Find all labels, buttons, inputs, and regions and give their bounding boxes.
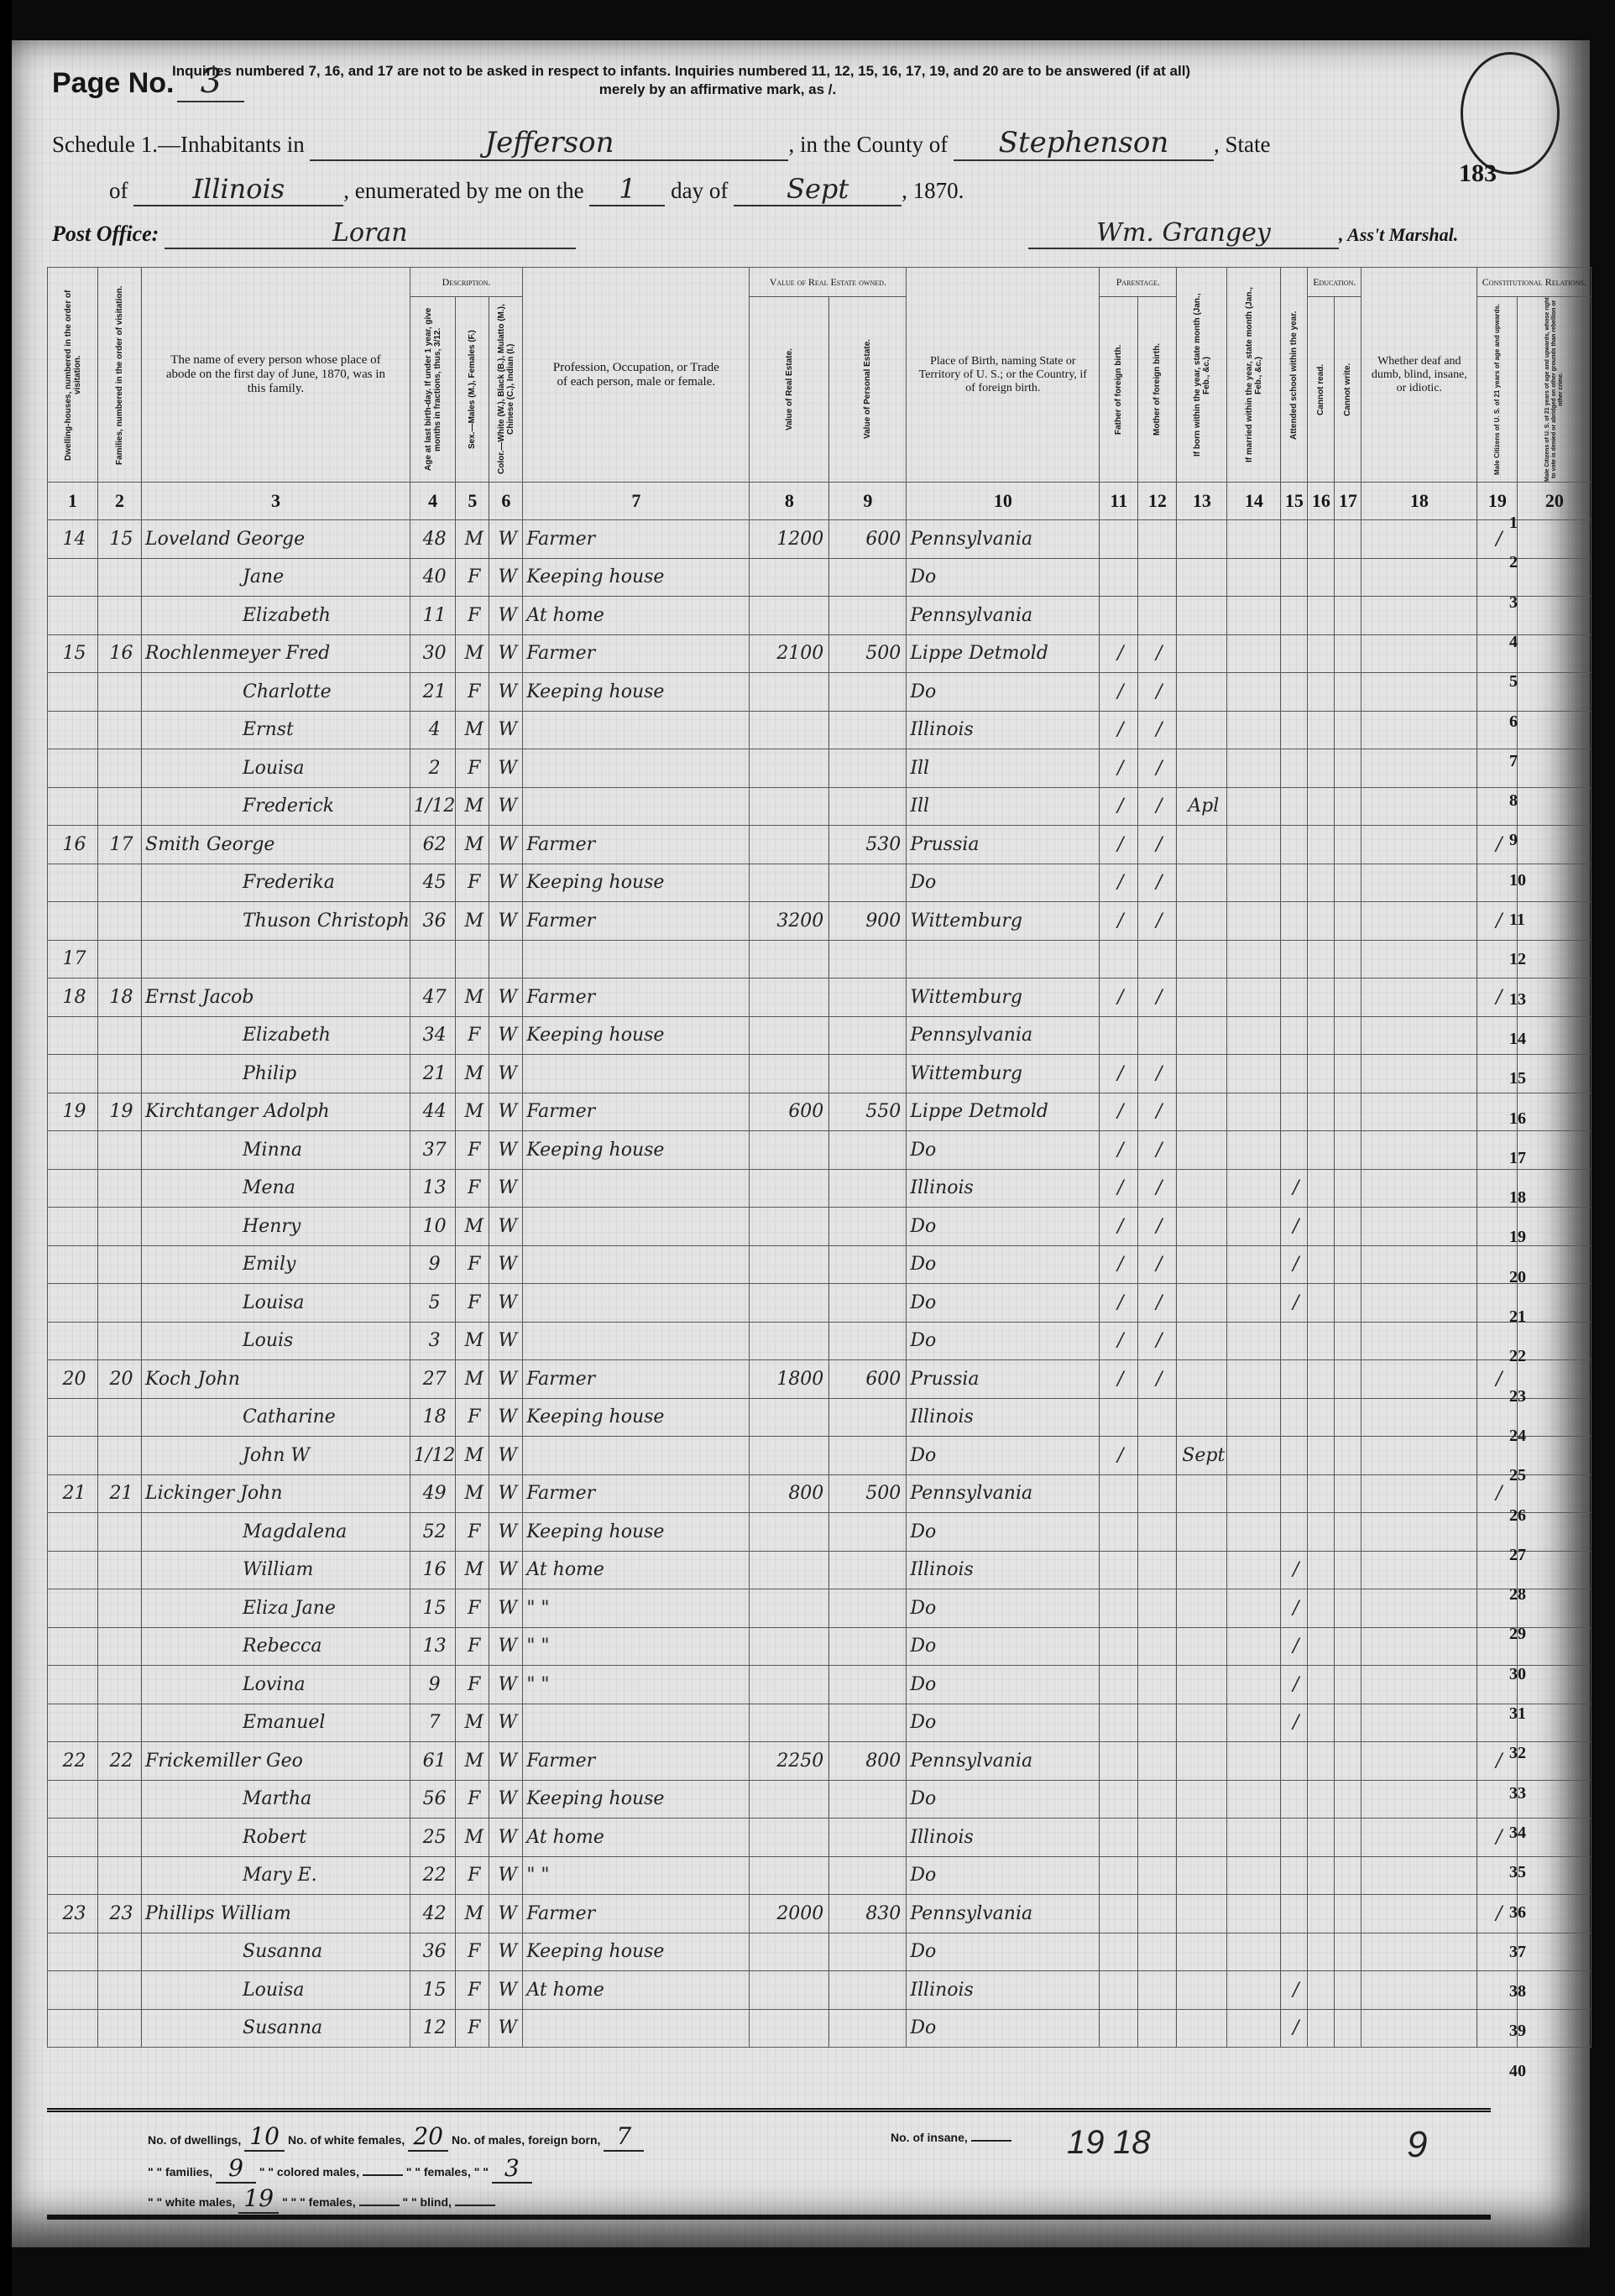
color: W	[489, 1742, 523, 1781]
occupation: At home	[523, 1819, 750, 1857]
color: W	[489, 826, 523, 864]
vote-denied-mark	[1518, 1666, 1591, 1704]
personal-estate-value: 550	[829, 1093, 907, 1131]
marshal-field: Wm. Grangey	[1028, 218, 1339, 249]
real-estate-value	[750, 1971, 829, 2010]
attended-school-mark	[1281, 1398, 1308, 1437]
attended-school-mark	[1281, 1895, 1308, 1933]
person-name: Mary E.	[142, 1856, 410, 1895]
color: W	[489, 1895, 523, 1933]
person-name	[142, 940, 410, 978]
married-within-year	[1227, 1208, 1281, 1246]
attended-school-mark	[1281, 1780, 1308, 1819]
line-number: 13	[1509, 990, 1526, 1010]
real-estate-value	[750, 1322, 829, 1360]
blind-count	[455, 2205, 495, 2206]
married-within-year	[1227, 1513, 1281, 1552]
father-foreign-mark: /	[1100, 1055, 1138, 1093]
females-foreign-count: 3	[492, 2154, 532, 2184]
birthplace: Illinois	[907, 1169, 1100, 1208]
mother-foreign-mark: /	[1138, 634, 1177, 673]
cannot-write	[1335, 1819, 1362, 1857]
married-within-year	[1227, 711, 1281, 749]
table-row: Charlotte21FWKeeping houseDo//	[48, 673, 1591, 712]
table-row: 2020Koch John27MWFarmer1800600Prussia///	[48, 1360, 1591, 1399]
mother-foreign-mark	[1138, 940, 1177, 978]
color: W	[489, 1016, 523, 1055]
cannot-read	[1308, 1627, 1335, 1666]
real-estate-value	[750, 940, 829, 978]
disability	[1362, 787, 1477, 826]
personal-estate-value	[829, 1666, 907, 1704]
birthplace: Pennsylvania	[907, 597, 1100, 635]
males-foreign-count: 7	[604, 2122, 644, 2152]
table-row: Susanna12FWDo/	[48, 2009, 1591, 2048]
born-within-year	[1177, 826, 1227, 864]
vote-denied-mark	[1518, 1208, 1591, 1246]
attended-school-mark: /	[1281, 1666, 1308, 1704]
disability	[1362, 1360, 1477, 1399]
mother-foreign-mark: /	[1138, 1169, 1177, 1208]
occupation: Farmer	[523, 826, 750, 864]
person-name: Emily	[142, 1245, 410, 1284]
family-number	[98, 1551, 142, 1589]
real-estate-value	[750, 711, 829, 749]
real-estate-value: 1200	[750, 520, 829, 559]
mother-foreign-mark: /	[1138, 1208, 1177, 1246]
sex: F	[456, 1131, 489, 1170]
family-number	[98, 1208, 142, 1246]
vote-denied-mark	[1518, 1513, 1591, 1552]
cannot-read	[1308, 634, 1335, 673]
line-number: 12	[1509, 950, 1526, 969]
person-name: Smith George	[142, 826, 410, 864]
color: W	[489, 1398, 523, 1437]
col-7-header: Profession, Occupation, or Trade of each…	[523, 268, 750, 483]
col19-total: 9	[1407, 2124, 1427, 2166]
col-12-header: Mother of foreign birth.	[1138, 297, 1177, 483]
cannot-write	[1335, 1169, 1362, 1208]
age: 36	[410, 902, 455, 941]
cannot-read	[1308, 1666, 1335, 1704]
age: 9	[410, 1666, 455, 1704]
color: W	[489, 1856, 523, 1895]
birthplace: Do	[907, 1437, 1100, 1475]
cannot-read	[1308, 520, 1335, 559]
family-number	[98, 940, 142, 978]
family-number	[98, 1856, 142, 1895]
disability	[1362, 1208, 1477, 1246]
vote-denied-mark	[1518, 1780, 1591, 1819]
occupation	[523, 1245, 750, 1284]
occupation	[523, 1169, 750, 1208]
born-within-year	[1177, 749, 1227, 788]
enumeration-line: of Illinois, enumerated by me on the 1 d…	[109, 173, 964, 206]
family-number: 15	[98, 520, 142, 559]
father-foreign-mark: /	[1100, 826, 1138, 864]
line-number: 14	[1509, 1030, 1526, 1049]
real-estate-value	[750, 864, 829, 902]
occupation: Farmer	[523, 634, 750, 673]
insane-count	[971, 2140, 1011, 2142]
person-name: Frederick	[142, 787, 410, 826]
disability	[1362, 1627, 1477, 1666]
mother-foreign-mark: /	[1138, 1131, 1177, 1170]
personal-estate-value	[829, 1169, 907, 1208]
born-within-year	[1177, 1895, 1227, 1933]
cannot-read	[1308, 1742, 1335, 1781]
cannot-read	[1308, 1895, 1335, 1933]
cannot-write	[1335, 1474, 1362, 1513]
color: W	[489, 1474, 523, 1513]
birthplace: Lippe Detmold	[907, 634, 1100, 673]
father-foreign-mark: /	[1100, 902, 1138, 941]
cannot-write	[1335, 787, 1362, 826]
color: W	[489, 597, 523, 635]
attended-school-mark	[1281, 1131, 1308, 1170]
personal-estate-value	[829, 1551, 907, 1589]
married-within-year	[1227, 1284, 1281, 1323]
born-within-year	[1177, 978, 1227, 1017]
cannot-read	[1308, 1971, 1335, 2010]
table-row: Louisa5FWDo///	[48, 1284, 1591, 1323]
married-within-year	[1227, 1551, 1281, 1589]
line-number: 2	[1509, 553, 1518, 572]
sex: M	[456, 1055, 489, 1093]
attended-school-mark	[1281, 1055, 1308, 1093]
line-number: 7	[1509, 752, 1518, 771]
col-20-header: Male Citizens of U. S. of 21 years of ag…	[1518, 297, 1591, 483]
line-number: 8	[1509, 791, 1518, 811]
cannot-read	[1308, 1016, 1335, 1055]
color: W	[489, 1666, 523, 1704]
table-row: Ernst4MWIllinois//	[48, 711, 1591, 749]
dwelling-number	[48, 1589, 98, 1628]
dwelling-number	[48, 1245, 98, 1284]
vote-denied-mark	[1518, 1627, 1591, 1666]
family-number	[98, 1666, 142, 1704]
line-number: 20	[1509, 1268, 1526, 1287]
col11-total: 19	[1067, 2124, 1105, 2162]
mother-foreign-mark	[1138, 1704, 1177, 1742]
attended-school-mark	[1281, 978, 1308, 1017]
attended-school-mark	[1281, 597, 1308, 635]
table-row: Martha56FWKeeping houseDo	[48, 1780, 1591, 1819]
real-estate-value	[750, 1933, 829, 1971]
mother-foreign-mark	[1138, 2009, 1177, 2048]
person-name: Jane	[142, 558, 410, 597]
age: 16	[410, 1551, 455, 1589]
vote-denied-mark	[1518, 826, 1591, 864]
father-foreign-mark	[1100, 1513, 1138, 1552]
person-name: Ernst Jacob	[142, 978, 410, 1017]
married-within-year	[1227, 902, 1281, 941]
mother-foreign-mark	[1138, 520, 1177, 559]
dwelling-number	[48, 1208, 98, 1246]
cannot-write	[1335, 902, 1362, 941]
dwelling-number	[48, 1437, 98, 1475]
married-within-year	[1227, 1933, 1281, 1971]
personal-estate-value	[829, 711, 907, 749]
cannot-write	[1335, 1971, 1362, 2010]
line-number: 19	[1509, 1228, 1526, 1247]
line-number: 21	[1509, 1307, 1526, 1327]
cannot-write	[1335, 1360, 1362, 1399]
sex: F	[456, 1016, 489, 1055]
color: W	[489, 749, 523, 788]
person-name: Philip	[142, 1055, 410, 1093]
married-within-year	[1227, 1016, 1281, 1055]
personal-estate-value: 800	[829, 1742, 907, 1781]
birthplace: Illinois	[907, 1819, 1100, 1857]
person-name: Eliza Jane	[142, 1589, 410, 1628]
attended-school-mark	[1281, 1856, 1308, 1895]
cannot-write	[1335, 1704, 1362, 1742]
age: 40	[410, 558, 455, 597]
person-name: Rebecca	[142, 1627, 410, 1666]
person-name: Minna	[142, 1131, 410, 1170]
col-9-header: Value of Personal Estate.	[829, 297, 907, 483]
personal-estate-value	[829, 1016, 907, 1055]
col12-total: 18	[1113, 2124, 1151, 2162]
disability	[1362, 2009, 1477, 2048]
cannot-read	[1308, 1437, 1335, 1475]
sex: F	[456, 864, 489, 902]
birthplace: Illinois	[907, 711, 1100, 749]
attended-school-mark	[1281, 826, 1308, 864]
mother-foreign-mark: /	[1138, 1284, 1177, 1323]
line-number: 4	[1509, 633, 1518, 652]
sex: F	[456, 1627, 489, 1666]
occupation	[523, 1208, 750, 1246]
attended-school-mark: /	[1281, 1627, 1308, 1666]
dwelling-number: 22	[48, 1742, 98, 1781]
age: 42	[410, 1895, 455, 1933]
married-within-year	[1227, 634, 1281, 673]
sex: F	[456, 1284, 489, 1323]
birthplace: Do	[907, 1513, 1100, 1552]
dwelling-number	[48, 1704, 98, 1742]
cannot-read	[1308, 1055, 1335, 1093]
sex: F	[456, 1971, 489, 2010]
father-foreign-mark: /	[1100, 1169, 1138, 1208]
cannot-read	[1308, 1474, 1335, 1513]
col-17-header: Cannot write.	[1335, 297, 1362, 483]
state-label: , State	[1214, 132, 1271, 157]
age: 4	[410, 711, 455, 749]
birthplace: Wittemburg	[907, 902, 1100, 941]
col-11-header: Father of foreign birth.	[1100, 297, 1138, 483]
mother-foreign-mark	[1138, 1742, 1177, 1781]
attended-school-mark: /	[1281, 1245, 1308, 1284]
census-table: Dwelling-houses, numbered in the order o…	[47, 267, 1591, 2048]
married-within-year	[1227, 1589, 1281, 1628]
disability	[1362, 597, 1477, 635]
born-within-year	[1177, 902, 1227, 941]
color: W	[489, 1055, 523, 1093]
married-within-year	[1227, 1131, 1281, 1170]
father-foreign-mark: /	[1100, 673, 1138, 712]
born-within-year	[1177, 1016, 1227, 1055]
person-name: Catharine	[142, 1398, 410, 1437]
dwelling-number	[48, 787, 98, 826]
dwelling-number	[48, 2009, 98, 2048]
family-number	[98, 2009, 142, 2048]
father-foreign-mark	[1100, 558, 1138, 597]
totals-line-2: " " families, 9 " " colored males, " " f…	[148, 2154, 532, 2184]
real-estate-value: 2000	[750, 1895, 829, 1933]
notice-line-1: Inquiries numbered 7, 16, and 17 are not…	[172, 62, 1515, 81]
real-estate-value	[750, 558, 829, 597]
disability	[1362, 1971, 1477, 2010]
line-number: 30	[1509, 1665, 1526, 1684]
disability	[1362, 1131, 1477, 1170]
year-label: , 1870.	[902, 178, 964, 203]
age: 25	[410, 1819, 455, 1857]
attended-school-mark	[1281, 940, 1308, 978]
age: 2	[410, 749, 455, 788]
occupation	[523, 711, 750, 749]
sex: M	[456, 978, 489, 1017]
sex: M	[456, 1093, 489, 1131]
insane-label: No. of insane,	[891, 2131, 968, 2144]
occupation: Keeping house	[523, 673, 750, 712]
married-within-year	[1227, 558, 1281, 597]
marshal-line: Wm. Grangey, Ass't Marshal.	[1028, 218, 1458, 249]
table-row: 2121Lickinger John49MWFarmer800500Pennsy…	[48, 1474, 1591, 1513]
born-within-year	[1177, 1169, 1227, 1208]
born-within-year	[1177, 1627, 1227, 1666]
born-within-year	[1177, 634, 1227, 673]
occupation	[523, 1055, 750, 1093]
married-within-year	[1227, 1474, 1281, 1513]
sex: F	[456, 2009, 489, 2048]
color: W	[489, 1551, 523, 1589]
person-name: William	[142, 1551, 410, 1589]
attended-school-mark	[1281, 1016, 1308, 1055]
person-name: Loveland George	[142, 520, 410, 559]
sex: F	[456, 597, 489, 635]
real-estate-value	[750, 1016, 829, 1055]
color: W	[489, 520, 523, 559]
color: W	[489, 1169, 523, 1208]
birthplace: Do	[907, 1322, 1100, 1360]
family-number	[98, 787, 142, 826]
enumerated-label: , enumerated by me on the	[343, 178, 583, 203]
person-name: Louisa	[142, 1971, 410, 2010]
family-number	[98, 1322, 142, 1360]
col-1-header: Dwelling-houses, numbered in the order o…	[48, 268, 98, 483]
personal-estate-value	[829, 864, 907, 902]
attended-school-mark	[1281, 1322, 1308, 1360]
occupation: Farmer	[523, 1895, 750, 1933]
cannot-read	[1308, 826, 1335, 864]
cannot-read	[1308, 787, 1335, 826]
table-row: 1415Loveland George48MWFarmer1200600Penn…	[48, 520, 1591, 559]
disability	[1362, 1551, 1477, 1589]
table-row: 2222Frickemiller Geo61MWFarmer2250800Pen…	[48, 1742, 1591, 1781]
age: 13	[410, 1627, 455, 1666]
born-within-year	[1177, 1933, 1227, 1971]
county-label: , in the County of	[788, 132, 948, 157]
color: W	[489, 864, 523, 902]
age: 11	[410, 597, 455, 635]
father-foreign-mark: /	[1100, 1131, 1138, 1170]
person-name: John W	[142, 1437, 410, 1475]
born-within-year: Apl	[1177, 787, 1227, 826]
person-name: Lovina	[142, 1666, 410, 1704]
real-estate-value	[750, 1245, 829, 1284]
col-3-header: The name of every person whose place of …	[142, 268, 410, 483]
born-within-year	[1177, 1666, 1227, 1704]
person-name: Mena	[142, 1169, 410, 1208]
age: 34	[410, 1016, 455, 1055]
col-14-header: If married within the year, state month …	[1227, 268, 1281, 483]
age: 15	[410, 1589, 455, 1628]
table-row: Robert25MWAt homeIllinois/	[48, 1819, 1591, 1857]
table-row: Rebecca13FW" "Do/	[48, 1627, 1591, 1666]
cannot-read	[1308, 1551, 1335, 1589]
dwelling-number	[48, 558, 98, 597]
dwelling-number: 14	[48, 520, 98, 559]
born-within-year	[1177, 1742, 1227, 1781]
mother-foreign-mark: /	[1138, 1093, 1177, 1131]
age	[410, 940, 455, 978]
personal-estate-value	[829, 1971, 907, 2010]
family-number	[98, 902, 142, 941]
occupation	[523, 749, 750, 788]
birthplace: Do	[907, 1704, 1100, 1742]
married-within-year	[1227, 1895, 1281, 1933]
of-label: of	[109, 178, 128, 203]
cannot-read	[1308, 673, 1335, 712]
sex: M	[456, 826, 489, 864]
birthplace: Lippe Detmold	[907, 1093, 1100, 1131]
person-name: Frickemiller Geo	[142, 1742, 410, 1781]
color: W	[489, 1360, 523, 1399]
born-within-year	[1177, 1513, 1227, 1552]
father-foreign-mark: /	[1100, 749, 1138, 788]
occupation	[523, 1284, 750, 1323]
married-within-year	[1227, 1704, 1281, 1742]
father-foreign-mark	[1100, 1704, 1138, 1742]
occupation: " "	[523, 1666, 750, 1704]
vote-denied-mark	[1518, 2009, 1591, 2048]
attended-school-mark: /	[1281, 1971, 1308, 2010]
dwelling-number	[48, 597, 98, 635]
vote-denied-mark	[1518, 1360, 1591, 1399]
occupation: Keeping house	[523, 1131, 750, 1170]
married-within-year	[1227, 1742, 1281, 1781]
col-19-header: Male Citizens of U. S. of 21 years of ag…	[1477, 297, 1518, 483]
age: 37	[410, 1131, 455, 1170]
cannot-write	[1335, 1208, 1362, 1246]
mother-foreign-mark: /	[1138, 978, 1177, 1017]
vote-denied-mark	[1518, 1971, 1591, 2010]
dwelling-number: 17	[48, 940, 98, 978]
mother-foreign-mark: /	[1138, 864, 1177, 902]
father-foreign-mark	[1100, 1819, 1138, 1857]
colored-females-label: " " " females,	[282, 2195, 356, 2209]
cannot-write	[1335, 520, 1362, 559]
age: 9	[410, 1245, 455, 1284]
vote-denied-mark	[1518, 1398, 1591, 1437]
family-number	[98, 1398, 142, 1437]
cannot-read	[1308, 749, 1335, 788]
birthplace: Do	[907, 1245, 1100, 1284]
father-foreign-mark: /	[1100, 634, 1138, 673]
line-number: 33	[1509, 1784, 1526, 1803]
